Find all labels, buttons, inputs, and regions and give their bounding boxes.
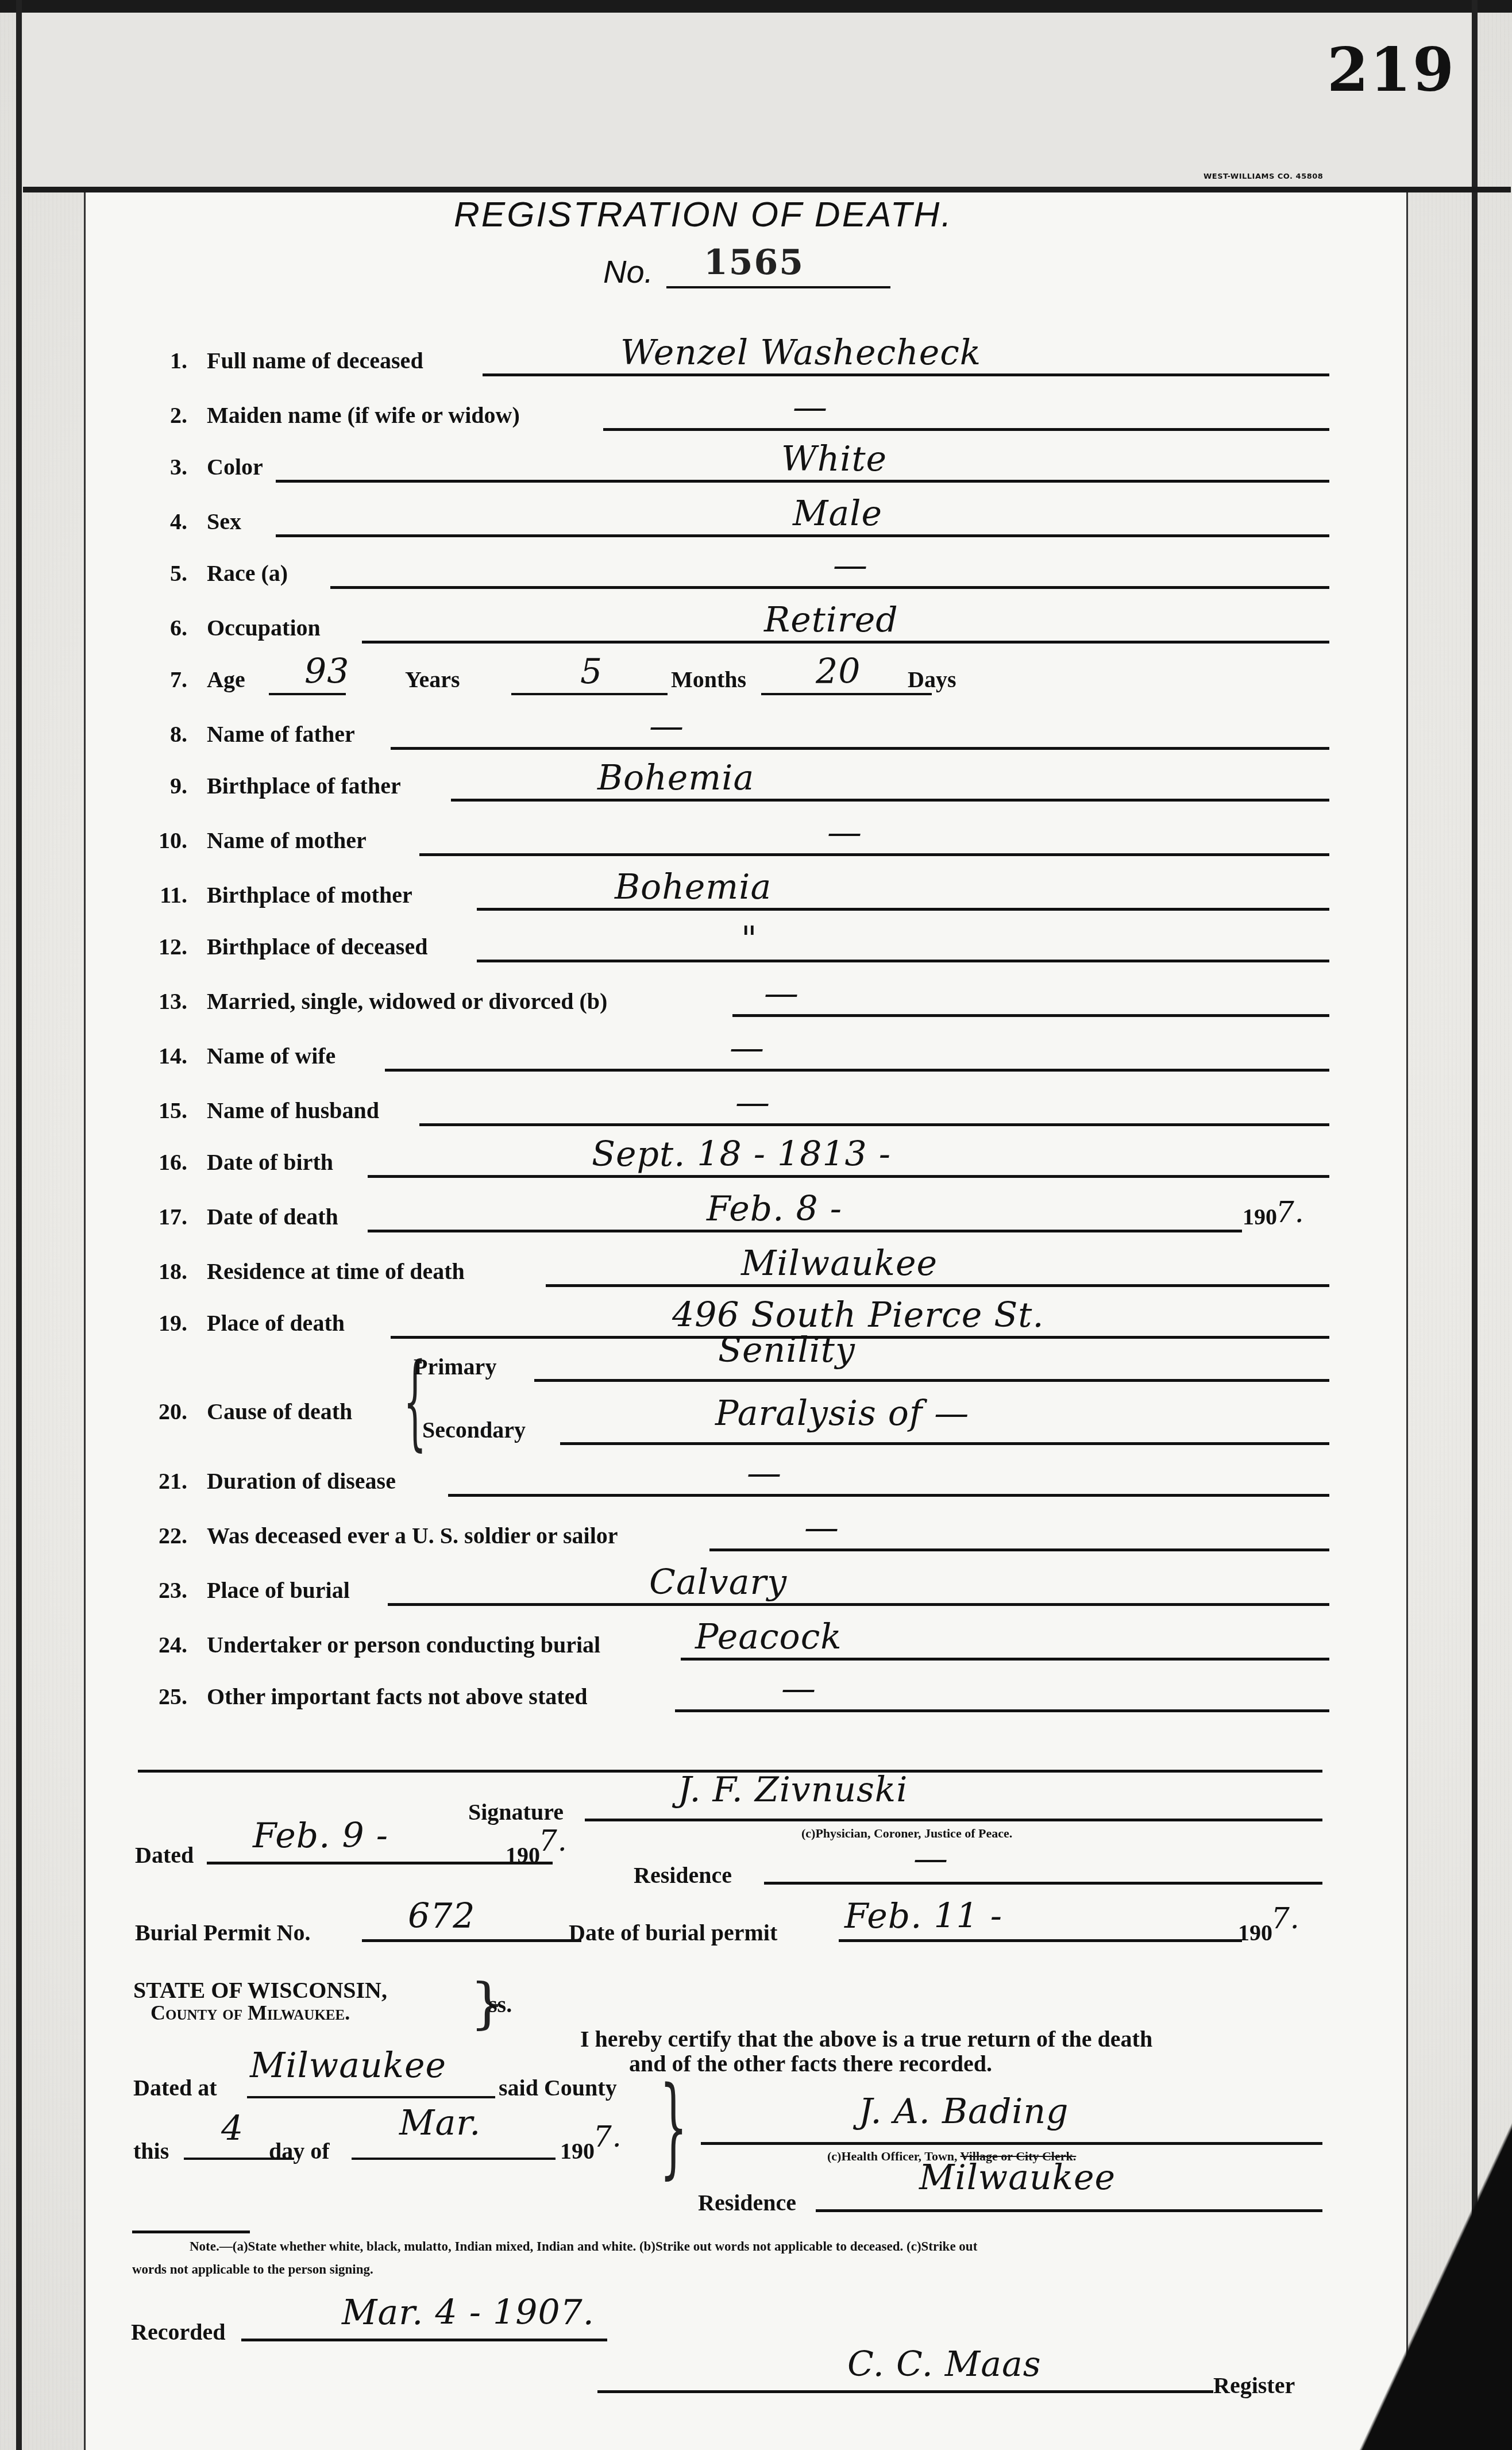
signature-caption: (c)Physician, Coroner, Justice of Peace.	[801, 1826, 1012, 1841]
field-row-11: 11.Birthplace of motherBohemia	[0, 865, 1512, 916]
state-line: STATE OF WISCONSIN,	[133, 1977, 387, 2004]
field-label: Residence at time of death	[207, 1258, 465, 1285]
field-label: Sex	[207, 508, 241, 535]
dated-at-label: Dated at	[133, 2074, 217, 2101]
field-number: 2.	[170, 402, 187, 429]
field-number: 5.	[170, 560, 187, 587]
residence-label: Residence	[634, 1862, 732, 1889]
cause-primary-line	[534, 1379, 1329, 1382]
month-line	[352, 2158, 556, 2160]
cause-primary-value: Senility	[718, 1330, 855, 1370]
form-title: REGISTRATION OF DEATH.	[454, 194, 953, 235]
field-value: Male	[793, 494, 882, 534]
field-line	[675, 1709, 1329, 1712]
registration-number-line	[666, 286, 890, 288]
field-row-17: 17.Date of deathFeb. 8 -1907.	[0, 1187, 1512, 1238]
field-label: Full name of deceased	[207, 347, 423, 374]
field-value: —	[649, 706, 684, 746]
said-county-label: said County	[499, 2074, 617, 2101]
field-value: White	[781, 439, 887, 479]
field-number: 19.	[159, 1309, 187, 1336]
dated-value: Feb. 9 -	[253, 1816, 388, 1856]
field-row-5: 5.Race (a)—	[0, 543, 1512, 595]
field-row-3: 3.ColorWhite	[0, 437, 1512, 488]
field-value: —	[827, 812, 862, 853]
field-label: Birthplace of father	[207, 772, 401, 799]
registration-number-value: 1565	[704, 242, 804, 283]
certify-line-1: I hereby certify that the above is a tru…	[580, 2025, 1152, 2052]
field-line	[732, 1014, 1329, 1017]
field-line	[391, 747, 1329, 750]
field-row-14: 14.Name of wife—	[0, 1026, 1512, 1077]
age-days-label: Days	[908, 666, 956, 693]
page-top-edge	[0, 0, 1512, 13]
field-row-25: 25.Other important facts not above state…	[0, 1666, 1512, 1718]
field-value: Bohemia	[597, 758, 754, 798]
field-value: —	[730, 1028, 765, 1068]
field-label: Maiden name (if wife or widow)	[207, 402, 520, 429]
field-label: Other important facts not above stated	[207, 1683, 588, 1710]
field-value: Wenzel Washecheck	[620, 333, 981, 373]
this-label: this	[133, 2137, 169, 2164]
day-of-label: day of	[269, 2137, 330, 2164]
field-label: Birthplace of deceased	[207, 933, 427, 960]
field-line	[709, 1548, 1329, 1551]
ledger-header-band	[23, 13, 1471, 188]
field-value: —	[793, 387, 828, 427]
death-year-prefix: 190	[1243, 1203, 1277, 1230]
dated-year-suffix: 7.	[539, 1824, 568, 1858]
field-line	[362, 641, 1329, 644]
county-line: County of Milwaukee.	[151, 2001, 350, 2025]
dated-at-value: Milwaukee	[250, 2045, 446, 2086]
field-label: Married, single, widowed or divorced (b)	[207, 988, 607, 1015]
printer-mark: WEST-WILLIAMS CO. 45808	[1204, 172, 1323, 181]
field-row-6: 6.OccupationRetired	[0, 598, 1512, 649]
field-row-21: 21.Duration of disease—	[0, 1451, 1512, 1503]
age-months-label: Months	[671, 666, 746, 693]
field-label: Birthplace of mother	[207, 881, 412, 908]
age-years-value: 93	[304, 652, 349, 692]
field-number: 11.	[160, 881, 187, 908]
field-number: 4.	[170, 508, 187, 535]
cause-secondary-label: Secondary	[422, 1416, 526, 1443]
header-rule	[23, 187, 1511, 192]
field-line	[448, 1494, 1329, 1497]
recorded-line	[241, 2339, 607, 2341]
cause-primary-label: Primary	[414, 1353, 496, 1380]
field-label: Age	[207, 666, 245, 693]
field-label: Name of mother	[207, 827, 367, 854]
cause-secondary-line	[560, 1442, 1329, 1445]
day-value: 4	[221, 2109, 244, 2149]
field-value: Calvary	[649, 1562, 787, 1602]
field-number: 15.	[159, 1097, 187, 1124]
field-label: Name of father	[207, 721, 355, 748]
field-line	[451, 799, 1329, 802]
field-row-4: 4.SexMale	[0, 491, 1512, 543]
field-value: —	[781, 1669, 816, 1709]
field-label: Place of death	[207, 1309, 345, 1336]
field-number: 23.	[159, 1577, 187, 1604]
recorded-value: Mar. 4 - 1907.	[342, 2293, 595, 2333]
field-number: 18.	[159, 1258, 187, 1285]
age-years-line	[269, 693, 346, 695]
field-row-12: 12.Birthplace of deceased"	[0, 916, 1512, 968]
field-line	[477, 908, 1329, 911]
officer-residence-label: Residence	[698, 2189, 796, 2216]
field-value: 496 South Pierce St.	[672, 1295, 1044, 1335]
field-line	[330, 586, 1329, 589]
field-row-18: 18.Residence at time of deathMilwaukee	[0, 1241, 1512, 1293]
field-line	[368, 1175, 1329, 1178]
death-year-suffix: 7.	[1276, 1196, 1305, 1229]
month-value: Mar.	[399, 2103, 481, 2143]
field-line	[419, 1123, 1329, 1126]
field-number: 17.	[159, 1203, 187, 1230]
field-number: 6.	[170, 614, 187, 641]
burial-permit-date-label: Date of burial permit	[569, 1919, 777, 1946]
register-label: Register	[1213, 2372, 1295, 2399]
field-label: Date of birth	[207, 1149, 333, 1176]
officer-signature-line	[701, 2142, 1322, 2145]
field-line	[388, 1603, 1329, 1606]
field-line	[681, 1658, 1329, 1661]
officer-residence-line	[816, 2209, 1322, 2212]
field-row-10: 10.Name of mother—	[0, 810, 1512, 862]
field-number: 22.	[159, 1522, 187, 1549]
field-line	[419, 853, 1329, 856]
note-line-2: words not applicable to the person signi…	[132, 2258, 1316, 2281]
field-number: 21.	[159, 1467, 187, 1494]
field-row-7: 7.Age93Years5Months20Days	[0, 649, 1512, 701]
field-number: 3.	[170, 453, 187, 480]
burial-permit-date-value: Feb. 11 -	[844, 1896, 1002, 1936]
page-shadow-corner	[1350, 2068, 1512, 2450]
age-months-line	[511, 693, 668, 695]
field-value: —	[735, 1083, 770, 1123]
field-value: Milwaukee	[741, 1243, 938, 1284]
field-label: Name of wife	[207, 1042, 335, 1069]
field-label: Color	[207, 453, 263, 480]
field-number: 25.	[159, 1683, 187, 1710]
burial-permit-year-prefix: 190	[1238, 1919, 1272, 1946]
attestation-year-prefix: 190	[560, 2137, 595, 2164]
field-line	[391, 1336, 1329, 1339]
field-value: Peacock	[695, 1617, 842, 1657]
field-line	[276, 480, 1329, 483]
field-label: Undertaker or person conducting burial	[207, 1631, 600, 1658]
field-label: Was deceased ever a U. S. soldier or sai…	[207, 1522, 618, 1549]
field-line	[483, 373, 1329, 376]
field-line	[546, 1284, 1329, 1287]
register-signature: C. C. Maas	[847, 2344, 1042, 2384]
field-label: Date of death	[207, 1203, 338, 1230]
signature-label: Signature	[468, 1798, 564, 1825]
dated-year-prefix: 190	[506, 1842, 540, 1869]
attestation-brace: }	[659, 2063, 687, 2190]
field-line	[603, 428, 1329, 431]
field-number: 14.	[159, 1042, 187, 1069]
field-value: Retired	[764, 600, 898, 640]
recorded-label: Recorded	[131, 2318, 225, 2345]
note-line-1: Note.—(a)State whether white, black, mul…	[132, 2235, 1316, 2258]
field-value: —	[764, 973, 799, 1014]
form-note: Note.—(a)State whether white, black, mul…	[132, 2235, 1316, 2281]
residence-value: —	[913, 1839, 948, 1879]
field-line	[385, 1069, 1329, 1072]
field-label: Place of burial	[207, 1577, 350, 1604]
field-number: 10.	[159, 827, 187, 854]
signature-line	[585, 1819, 1322, 1821]
field-row-24: 24.Undertaker or person conducting buria…	[0, 1615, 1512, 1666]
attestation-year-suffix: 7.	[593, 2120, 622, 2154]
dated-line	[207, 1862, 553, 1865]
field-number: 1.	[170, 347, 187, 374]
field-number: 7.	[170, 666, 187, 693]
field-number: 24.	[159, 1631, 187, 1658]
field-row-23: 23.Place of burialCalvary	[0, 1560, 1512, 1612]
field-value: "	[741, 919, 758, 959]
burial-permit-label: Burial Permit No.	[135, 1919, 311, 1946]
field-number: 9.	[170, 772, 187, 799]
field-row-22: 22.Was deceased ever a U. S. soldier or …	[0, 1505, 1512, 1557]
field-value: Feb. 8 -	[707, 1189, 842, 1229]
field-number: 20.	[159, 1398, 187, 1425]
field-row-8: 8.Name of father—	[0, 704, 1512, 756]
field-number: 16.	[159, 1149, 187, 1176]
age-months-value: 5	[580, 652, 603, 692]
field-row-2: 2.Maiden name (if wife or widow)—	[0, 385, 1512, 437]
ss-label: ss.	[488, 1991, 512, 2018]
dated-at-line	[247, 2096, 495, 2098]
burial-permit-value: 672	[408, 1896, 476, 1936]
field-number: 12.	[159, 933, 187, 960]
signature-value: J. F. Zivnuski	[678, 1770, 908, 1810]
field-label: Name of husband	[207, 1097, 379, 1124]
field-number: 8.	[170, 721, 187, 748]
officer-signature: J. A. Bading	[859, 2091, 1069, 2132]
register-line	[597, 2390, 1213, 2393]
field-value: —	[747, 1453, 782, 1493]
age-days-value: 20	[816, 652, 861, 692]
dated-label: Dated	[135, 1842, 194, 1869]
age-years-label: Years	[405, 666, 460, 693]
field-number: 13.	[159, 988, 187, 1015]
field-label: Occupation	[207, 614, 321, 641]
field-row-1: 1.Full name of deceasedWenzel Washecheck	[0, 330, 1512, 382]
field-line	[477, 960, 1329, 962]
note-rule	[132, 2231, 250, 2233]
burial-permit-date-line	[839, 1939, 1242, 1942]
registration-number-label: No.	[603, 253, 653, 290]
field-value: Sept. 18 - 1813 -	[592, 1134, 891, 1174]
field-row-15: 15.Name of husband—	[0, 1080, 1512, 1132]
field-label: Duration of disease	[207, 1467, 396, 1494]
field-line	[276, 534, 1329, 537]
field-label: Cause of death	[207, 1398, 352, 1425]
field-line	[368, 1230, 1242, 1232]
field-row-16: 16.Date of birthSept. 18 - 1813 -	[0, 1132, 1512, 1184]
field-row-9: 9.Birthplace of fatherBohemia	[0, 756, 1512, 807]
field-row-13: 13.Married, single, widowed or divorced …	[0, 971, 1512, 1023]
field-row-20: 20.Cause of death{PrimarySenilitySeconda…	[0, 1345, 1512, 1459]
residence-line	[764, 1882, 1322, 1885]
field-value: Bohemia	[615, 867, 772, 907]
age-days-line	[761, 693, 932, 695]
field-value: —	[804, 1508, 839, 1548]
officer-residence-value: Milwaukee	[919, 2158, 1116, 2198]
cause-secondary-value: Paralysis of —	[715, 1393, 969, 1434]
burial-permit-line	[362, 1939, 581, 1942]
page-number: 219	[1327, 34, 1455, 105]
field-value: —	[833, 545, 868, 585]
burial-permit-year-suffix: 7.	[1271, 1902, 1300, 1935]
field-label: Race (a)	[207, 560, 288, 587]
